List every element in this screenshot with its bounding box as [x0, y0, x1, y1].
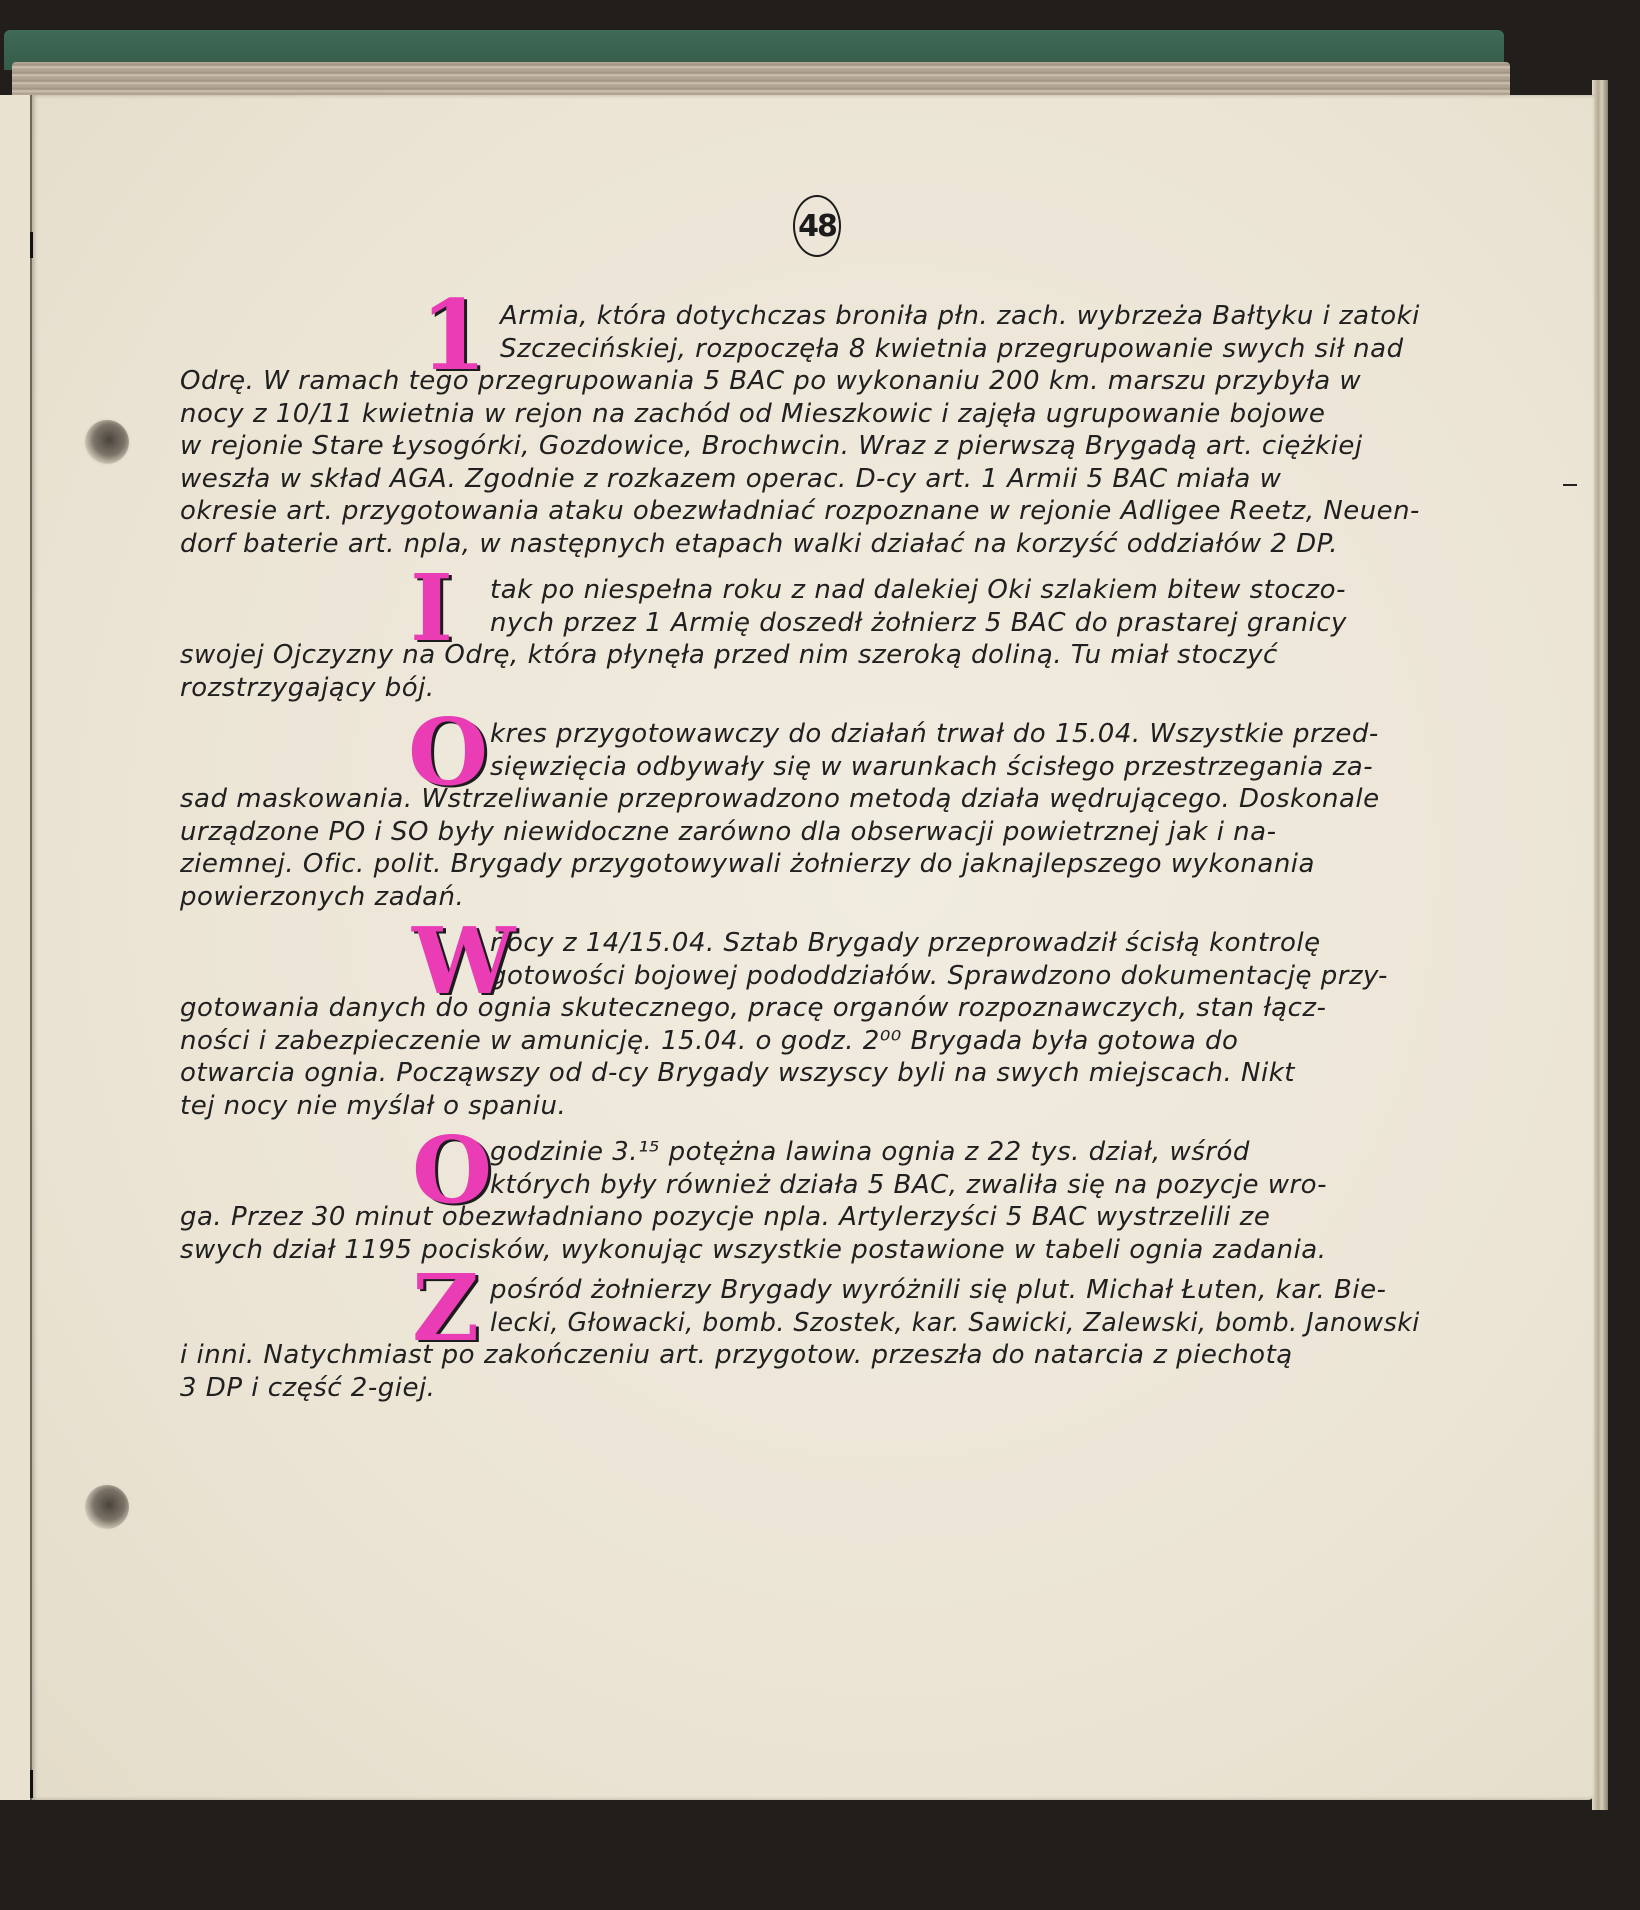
text-line: Armia, która dotychczas broniła płn. zac…	[180, 300, 1420, 333]
previous-page-sliver	[0, 95, 32, 1800]
text-line: których były również działa 5 BAC, zwali…	[180, 1169, 1420, 1202]
text-line: sad maskowania. Wstrzeliwanie przeprowad…	[180, 783, 1420, 816]
text-line: lecki, Głowacki, bomb. Szostek, kar. Saw…	[180, 1307, 1420, 1340]
text-line: dorf baterie art. npla, w następnych eta…	[180, 528, 1420, 561]
drop-cap-initial: O	[408, 712, 489, 792]
paragraph-2: I tak po niespełna roku z nad dalekiej O…	[180, 574, 1420, 704]
text-line: weszła w skład AGA. Zgodnie z rozkazem o…	[180, 463, 1420, 496]
page-number: 48	[793, 195, 841, 257]
paragraph-5: O godzinie 3.¹⁵ potężna lawina ognia z 2…	[180, 1136, 1420, 1266]
text-line: gotowania danych do ognia skutecznego, p…	[180, 992, 1420, 1025]
handwritten-text: 1 Armia, która dotychczas broniła płn. z…	[180, 300, 1420, 1404]
text-line: swojej Ojczyzny na Odrę, która płynęła p…	[180, 639, 1420, 672]
paragraph-1: 1 Armia, która dotychczas broniła płn. z…	[180, 300, 1420, 560]
page-stack-right-edges	[1592, 80, 1608, 1810]
drop-cap-initial: Z	[412, 1268, 480, 1348]
text-line: swych dział 1195 pocisków, wykonując wsz…	[180, 1234, 1420, 1267]
text-line: w rejonie Stare Łysogórki, Gozdowice, Br…	[180, 430, 1420, 463]
text-line: otwarcia ognia. Począwszy od d-cy Brygad…	[180, 1057, 1420, 1090]
text-line: nocy z 10/11 kwietnia w rejon na zachód …	[180, 398, 1420, 431]
text-line: tej nocy nie myślał o spaniu.	[180, 1090, 1420, 1123]
text-line: okresie art. przygotowania ataku obezwła…	[180, 495, 1420, 528]
text-line: i inni. Natychmiast po zakończeniu art. …	[180, 1339, 1420, 1372]
text-line: 3 DP i część 2-giej.	[180, 1372, 1420, 1405]
text-line: ga. Przez 30 minut obezwładniano pozycje…	[180, 1201, 1420, 1234]
page-stack-edges	[12, 62, 1510, 96]
drop-cap-initial: O	[412, 1130, 493, 1210]
text-line: ności i zabezpieczenie w amunicję. 15.04…	[180, 1025, 1420, 1058]
text-line: kres przygotowawczy do działań trwał do …	[180, 718, 1420, 751]
text-line: nych przez 1 Armię doszedł żołnierz 5 BA…	[180, 607, 1420, 640]
paragraph-3: O kres przygotowawczy do działań trwał d…	[180, 718, 1420, 913]
text-line: tak po niespełna roku z nad dalekiej Oki…	[180, 574, 1420, 607]
drop-cap-initial: 1	[420, 296, 487, 376]
text-line: Szczecińskiej, rozpoczęła 8 kwietnia prz…	[180, 333, 1420, 366]
text-line: ziemnej. Ofic. polit. Brygady przygotowy…	[180, 848, 1420, 881]
text-line: godzinie 3.¹⁵ potężna lawina ognia z 22 …	[180, 1136, 1420, 1169]
paragraph-4: W nocy z 14/15.04. Sztab Brygady przepro…	[180, 927, 1420, 1122]
paragraph-6: Z pośród żołnierzy Brygady wyróżnili się…	[180, 1274, 1420, 1404]
text-line: pośród żołnierzy Brygady wyróżnili się p…	[180, 1274, 1420, 1307]
margin-mark	[1563, 484, 1577, 486]
drop-cap-initial: W	[412, 921, 516, 1001]
drop-cap-initial: I	[410, 568, 454, 648]
text-line: Odrę. W ramach tego przegrupowania 5 BAC…	[180, 365, 1420, 398]
margin-mark	[30, 1770, 33, 1798]
binder-punch-hole-bottom	[85, 1485, 129, 1529]
text-line: nocy z 14/15.04. Sztab Brygady przeprowa…	[180, 927, 1420, 960]
binder-punch-hole-top	[85, 420, 129, 464]
text-line: powierzonych zadań.	[180, 881, 1420, 914]
text-line: gotowości bojowej pododdziałów. Sprawdzo…	[180, 960, 1420, 993]
margin-mark	[30, 232, 33, 258]
text-line: sięwzięcia odbywały się w warunkach ścis…	[180, 751, 1420, 784]
text-line: rozstrzygający bój.	[180, 672, 1420, 705]
text-line: urządzone PO i SO były niewidoczne zarów…	[180, 816, 1420, 849]
